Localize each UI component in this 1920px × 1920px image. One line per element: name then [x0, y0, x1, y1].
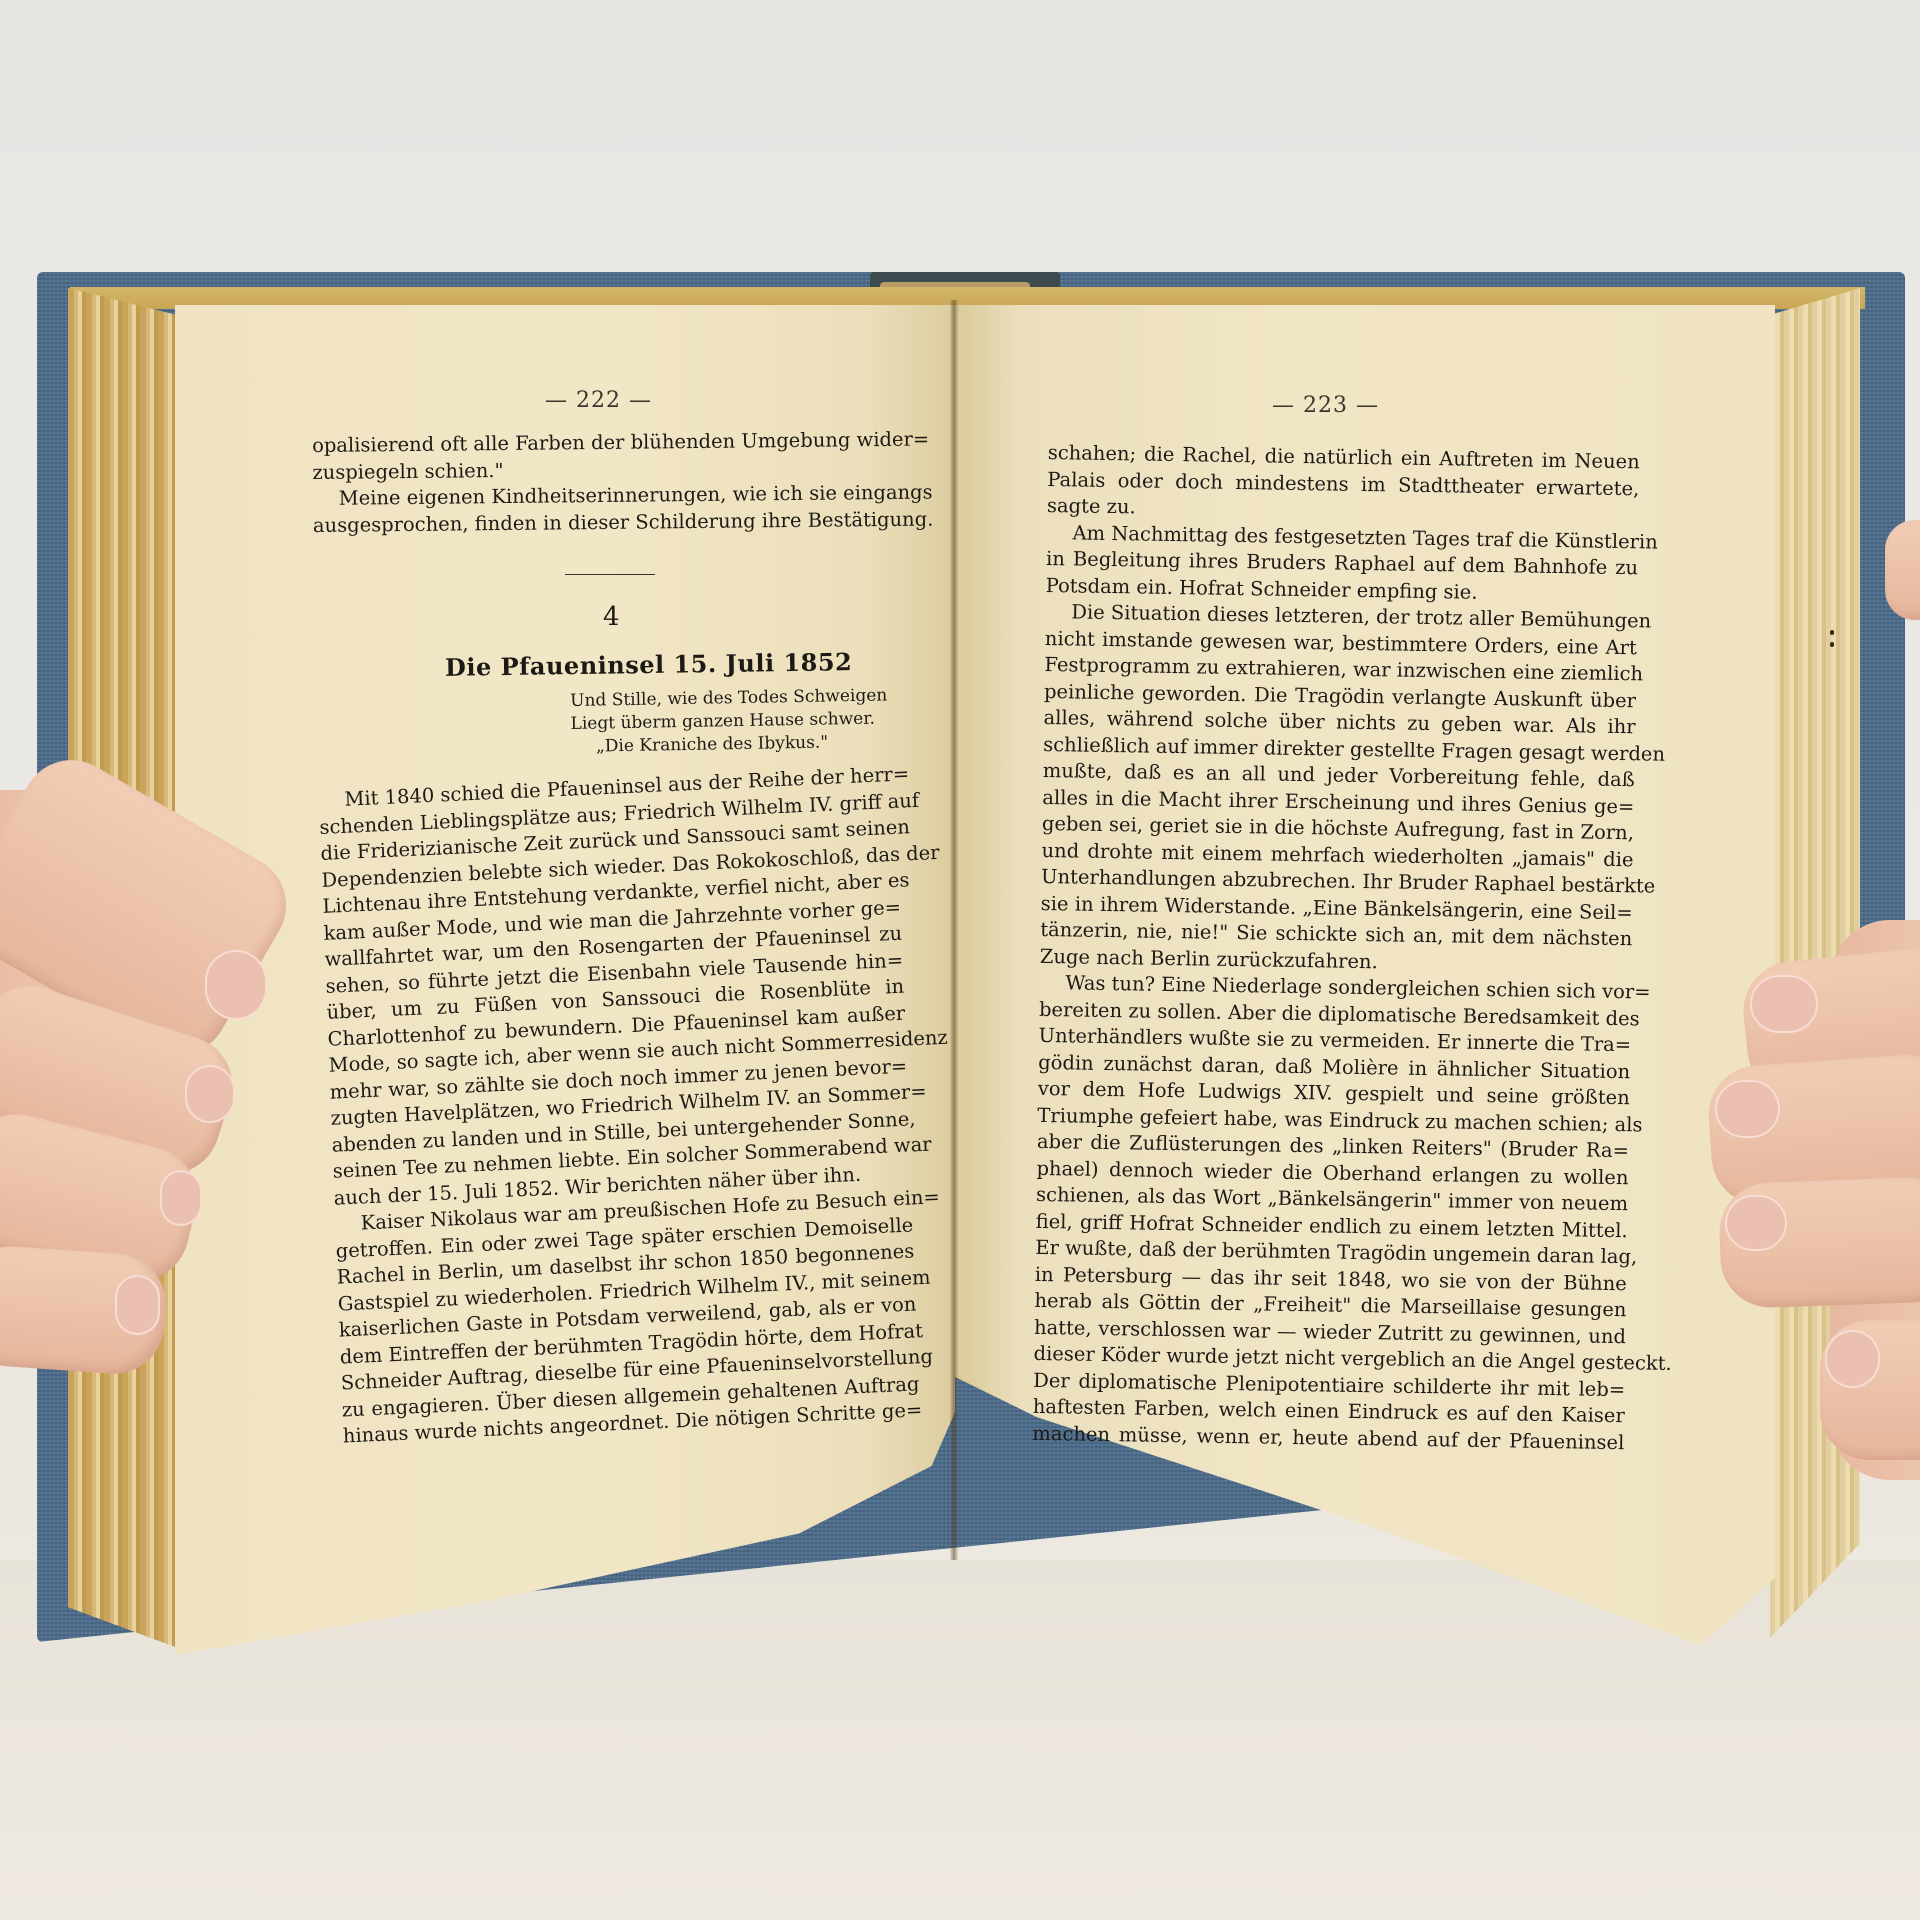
- paper-speck: [1830, 642, 1834, 647]
- chapter-title: Die Pfaueninsel 15. Juli 1852: [445, 647, 853, 682]
- left-page-number: — 222 —: [545, 388, 652, 413]
- left-little-fingernail: [115, 1275, 160, 1335]
- left-middle-fingernail: [185, 1065, 235, 1123]
- section-divider: [565, 574, 655, 575]
- left-ring-fingernail: [160, 1170, 202, 1226]
- right-middle-fingernail: [1715, 1080, 1780, 1138]
- book-gutter: [950, 300, 958, 1560]
- epigraph: Und Stille, wie des Todes Schweigen Lieg…: [570, 684, 901, 759]
- left-page-body: Mit 1840 schied die Pfaueninsel aus der …: [318, 762, 921, 1450]
- right-little-fingernail: [1825, 1330, 1880, 1388]
- right-index-fingernail: [1750, 975, 1818, 1033]
- left-index-fingernail: [205, 950, 267, 1020]
- chapter-number: 4: [603, 602, 620, 632]
- right-ring-fingernail: [1725, 1195, 1787, 1251]
- paper-speck: [1830, 630, 1834, 635]
- right-page-body: schahen; die Rachel, die natürlich ein A…: [1032, 440, 1640, 1456]
- left-page-opening-text: opalisierend oft alle Farben der blühend…: [312, 427, 893, 539]
- right-thumb-edge: [1885, 520, 1920, 620]
- right-page-number: — 223 —: [1272, 393, 1379, 418]
